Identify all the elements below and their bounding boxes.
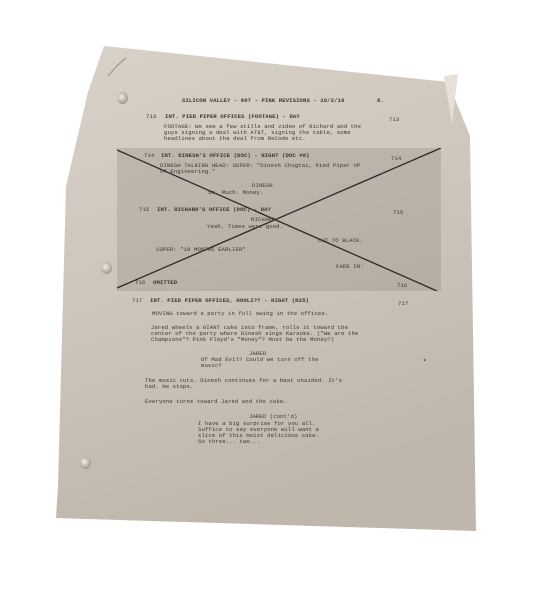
scene-number-left: 715 xyxy=(139,207,149,213)
transition: CUT TO BLACK. xyxy=(318,238,363,244)
hole-punch-middle xyxy=(101,262,112,274)
scene-number-right: 716 xyxy=(397,283,407,289)
script-header: SILICON VALLEY - 607 - PINK REVISIONS - … xyxy=(182,98,344,104)
scene-number-left: 717 xyxy=(132,298,142,304)
revision-asterisk: * xyxy=(423,359,426,365)
action-line: Everyone turns toward Jared and the cake… xyxy=(145,399,287,405)
photo-stage: SILICON VALLEY - 607 - PINK REVISIONS - … xyxy=(0,0,533,599)
scene-number-right: 715 xyxy=(393,210,403,216)
action-line: MOVING toward a party in full swing in t… xyxy=(152,311,328,317)
scene-number-right: 717 xyxy=(398,301,408,307)
dialogue-line: So. Much. Money. xyxy=(208,190,263,196)
scene-heading: INT. PIED PIPER OFFICES, HOOLI?? - NIGHT… xyxy=(150,298,309,304)
scene-heading: INT. PIED PIPER OFFICES (FOOTAGE) - DAY xyxy=(165,114,300,120)
scene-number-right: 714 xyxy=(391,156,401,162)
action-line: headlines about the deal from ReCode etc… xyxy=(164,136,306,142)
action-line: bad. He stops. xyxy=(145,384,193,390)
scene-heading: INT. DINESH'S OFFICE (DOC) - NIGHT (DOC … xyxy=(161,153,310,159)
scene-heading-omitted: OMITTED xyxy=(153,280,177,286)
scene-number-left: 714 xyxy=(144,153,154,159)
action-line: Champions"? Pink Floyd's "Money"? Must b… xyxy=(151,337,334,343)
scene-number-left: 713 xyxy=(146,114,156,120)
page-number: 6. xyxy=(377,98,384,104)
super-text: SUPER: "18 MONTHS EARLIER" xyxy=(156,247,246,253)
dialogue-line: music? xyxy=(201,363,222,369)
action-line: of Engineering." xyxy=(160,169,215,175)
hole-punch-bottom xyxy=(80,457,91,469)
scene-number-right: 713 xyxy=(389,117,399,123)
dialogue-line: So three... two... xyxy=(198,439,260,445)
transition: FADE IN: xyxy=(336,264,364,270)
scene-heading: INT. RICHARD'S OFFICE (DOC) - DAY xyxy=(157,207,271,213)
hole-punch-top xyxy=(117,92,128,104)
scene-number-left: 716 xyxy=(135,280,145,286)
dialogue-line: Yeah. Times were good. xyxy=(207,224,283,230)
